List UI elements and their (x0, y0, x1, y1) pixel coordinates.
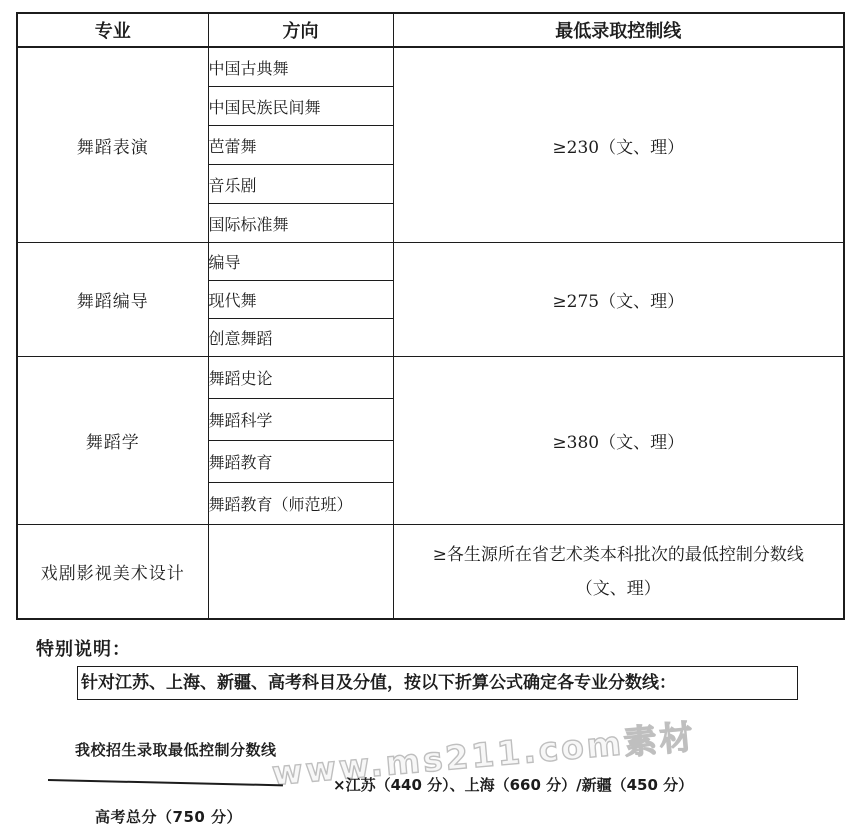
direction-cell: 舞蹈教育（师范班） (208, 483, 393, 525)
formula-multiplier: ×江苏（440 分）、上海（660 分）/新疆（450 分） (333, 774, 693, 795)
header-cutoff: 最低录取控制线 (393, 13, 844, 47)
formula-numerator: 我校招生录取最低控制分数线 (75, 739, 277, 760)
page-root: { "table": { "headers": { "major": "专业",… (0, 0, 852, 838)
direction-cell: 中国古典舞 (208, 47, 393, 87)
header-major: 专业 (17, 13, 208, 47)
direction-cell: 中国民族民间舞 (208, 87, 393, 126)
cutoff-cell: ≥275（文、理） (393, 243, 844, 357)
table-row: 舞蹈表演 中国古典舞 ≥230（文、理） (17, 47, 844, 87)
cutoff-cell: ≥各生源所在省艺术类本科批次的最低控制分数线 （文、理） (393, 525, 844, 620)
direction-cell: 编导 (208, 243, 393, 281)
direction-cell: 现代舞 (208, 281, 393, 319)
table-row: 戏剧影视美术设计 ≥各生源所在省艺术类本科批次的最低控制分数线 （文、理） (17, 525, 844, 620)
cutoff-line-1: ≥各生源所在省艺术类本科批次的最低控制分数线 (394, 538, 844, 572)
table-header-row: 专业 方向 最低录取控制线 (17, 13, 844, 47)
special-note-title: 特别说明： (36, 635, 131, 661)
major-cell: 舞蹈学 (17, 357, 208, 525)
direction-cell: 舞蹈教育 (208, 441, 393, 483)
direction-cell: 芭蕾舞 (208, 126, 393, 165)
major-cell: 舞蹈表演 (17, 47, 208, 243)
admission-cutoff-table: 专业 方向 最低录取控制线 舞蹈表演 中国古典舞 ≥230（文、理） 中国民族民… (16, 12, 845, 620)
cutoff-cell: ≥230（文、理） (393, 47, 844, 243)
direction-cell: 舞蹈史论 (208, 357, 393, 399)
special-note-boxed-text: 针对江苏、上海、新疆、高考科目及分值，按以下折算公式确定各专业分数线： (77, 666, 798, 700)
cutoff-line-2: （文、理） (394, 572, 844, 606)
direction-cell: 创意舞蹈 (208, 319, 393, 357)
table-row: 舞蹈编导 编导 ≥275（文、理） (17, 243, 844, 281)
direction-cell: 音乐剧 (208, 165, 393, 204)
cutoff-cell: ≥380（文、理） (393, 357, 844, 525)
direction-cell: 国际标准舞 (208, 204, 393, 243)
formula-denominator: 高考总分（750 分） (95, 806, 242, 827)
major-cell: 戏剧影视美术设计 (17, 525, 208, 620)
header-direction: 方向 (208, 13, 393, 47)
major-cell: 舞蹈编导 (17, 243, 208, 357)
direction-cell-empty (208, 525, 393, 620)
direction-cell: 舞蹈科学 (208, 399, 393, 441)
table-row: 舞蹈学 舞蹈史论 ≥380（文、理） (17, 357, 844, 399)
fraction-divider-line (48, 779, 283, 786)
